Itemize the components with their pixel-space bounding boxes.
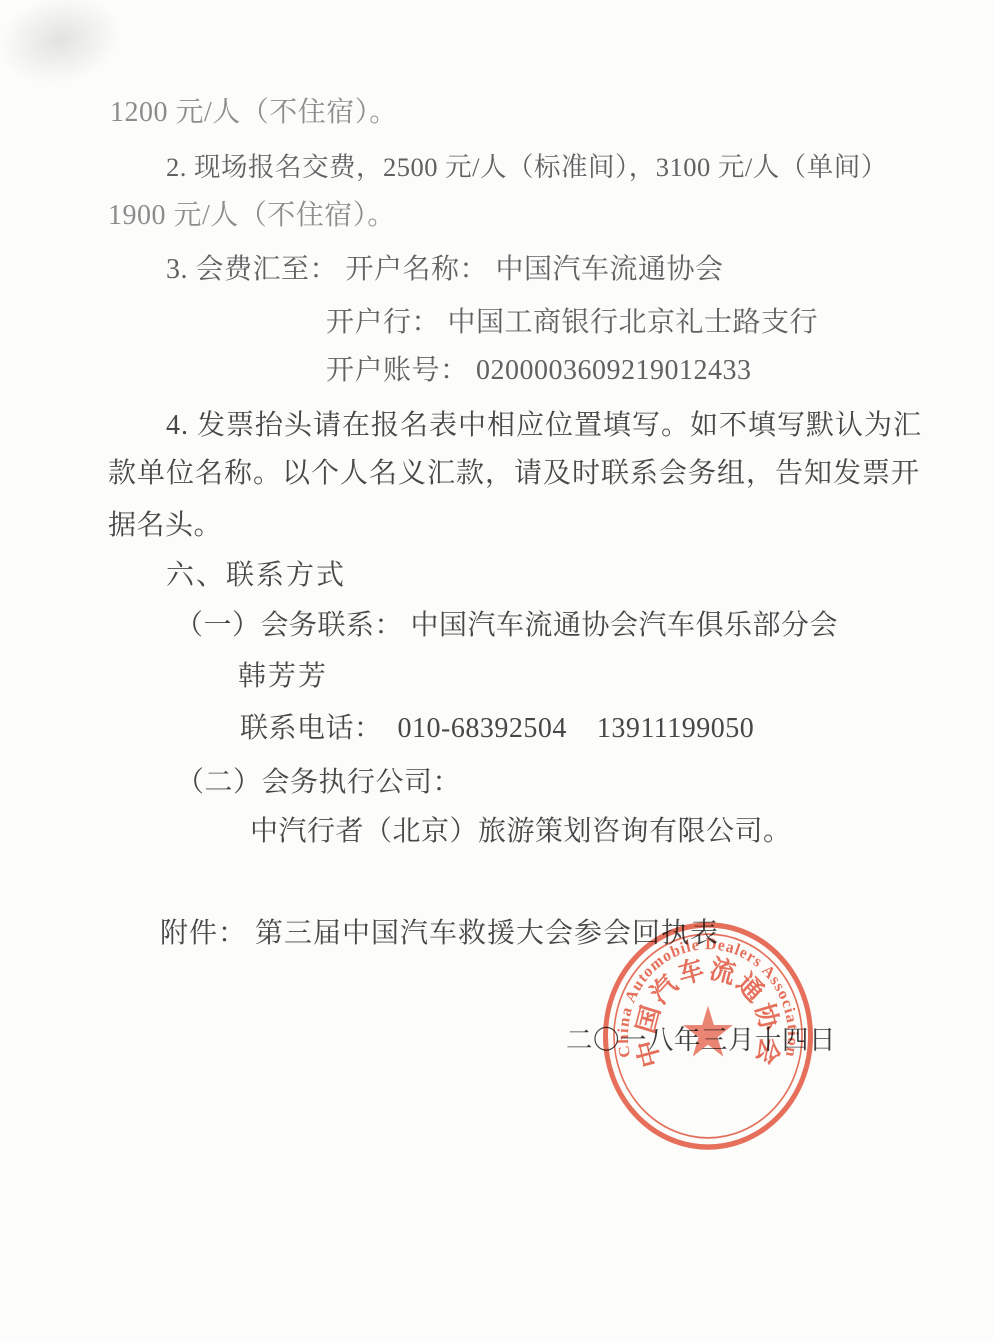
document-line-bank-account-name: 3. 会费汇至： 开户名称： 中国汽车流通协会 [166,253,724,287]
document-line: （二）会务执行公司： [176,766,461,800]
document-line-company: 中汽行者（北京）旅游策划咨询有限公司。 [250,815,792,849]
document-line-bank-account-number: 开户账号： 0200003609219012433 [326,354,752,388]
document-line: 据名头。 [108,509,222,543]
document-line-attachment: 附件： 第三届中国汽车救援大会参会回执表 [160,917,719,951]
document-line: 2. 现场报名交费，2500 元/人（标准间），3100 元/人（单间） [166,150,888,184]
document-line: 4. 发票抬头请在报名表中相应位置填写。如不填写默认为汇 [166,409,922,443]
document-line-contact-person: 韩芳芳 [238,660,328,694]
document-line: 1200 元/人（不住宿）。 [110,96,398,130]
document-line-contact-phone: 联系电话： 010-68392504 13911199050 [240,712,754,746]
document-date: 二〇一八年三月十四日 [566,1018,836,1057]
document-line-contact: （一）会务联系： 中国汽车流通协会汽车俱乐部分会 [175,609,838,643]
document-line-bank-name: 开户行： 中国工商银行北京礼士路支行 [326,306,818,340]
document-page: 1200 元/人（不住宿）。 2. 现场报名交费，2500 元/人（标准间），3… [0,0,993,1341]
document-section-heading: 六、联系方式 [166,559,346,593]
document-line: 款单位名称。以个人名义汇款，请及时联系会务组，告知发票开 [108,457,920,491]
document-line: 1900 元/人（不住宿）。 [108,199,396,233]
